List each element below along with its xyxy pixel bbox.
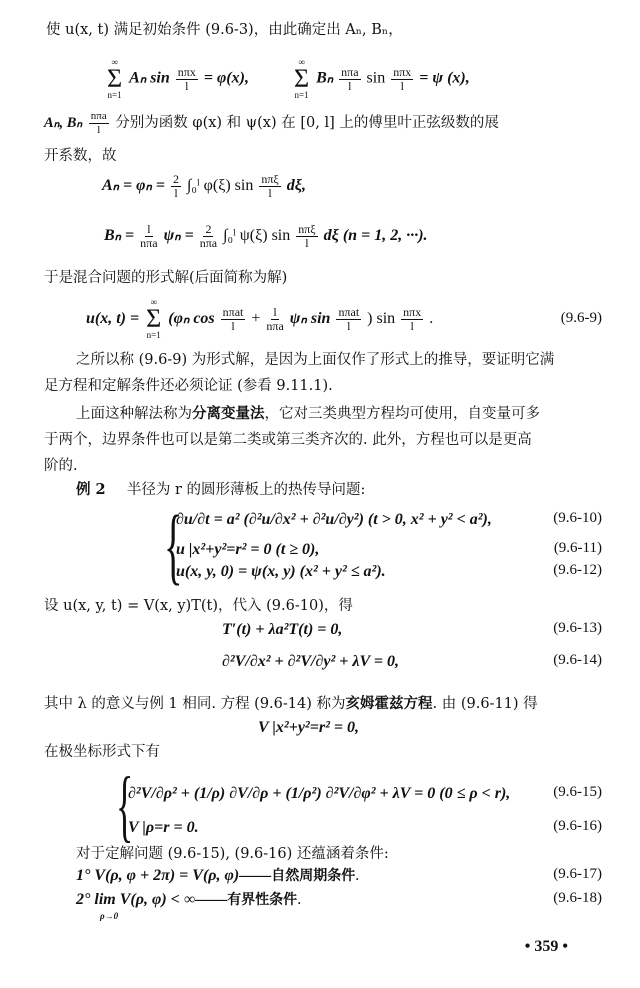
equation-number: (9.6-14) [553,652,602,669]
example-2-heading: 例 2 半径为 r 的圆形薄板上的热传导问题: [76,480,365,500]
fraction: 2nπa [200,223,217,250]
series-phi-term: Aₙ sin [129,70,170,87]
page-number: • 359 • [525,938,568,956]
paragraph-separation-method-end: 阶的. [44,456,78,476]
equation-number: (9.6-12) [553,562,602,579]
equation-T: T′(t) + λa²T(t) = 0, [222,620,342,640]
system1-eq3: u(x, y, 0) = ψ(x, y) (x² + y² ≤ a²). [176,562,386,582]
term-separation-of-variables: 分离变量法 [192,405,265,422]
series-psi-term: Bₙ [316,70,333,87]
sum-symbol: ∞ Σ n=1 [294,58,309,100]
sum-lower: n=1 [108,91,122,100]
intro-line: 使 u(x, t) 满足初始条件 (9.6-3)，由此确定出 Aₙ, Bₙ， [46,20,403,40]
implied-conditions-intro: 对于定解问题 (9.6-15), (9.6-16) 还蕴涵着条件: [76,844,389,864]
equation-number: (9.6-16) [553,818,602,835]
equation-number: (9.6-15) [553,784,602,801]
system2-eq1: ∂²V/∂ρ² + (1/ρ) ∂V/∂ρ + (1/ρ²) ∂²V/∂φ² +… [128,784,510,804]
fraction: nπξl [259,173,280,200]
system1-eq1: ∂u/∂t = a² (∂²u/∂x² + ∂²u/∂y²) (t > 0, x… [176,510,492,530]
fraction: nπatl [221,306,246,333]
equation-number: (9.6-17) [553,866,602,883]
limit-subscript: ρ→0 [100,906,118,926]
term-helmholtz-equation: 亥姆霍兹方程 [346,695,433,712]
coefficient-description-line: Aₙ, Bₙ nπal 分别为函数 φ(x) 和 ψ(x) 在 [0, l] 上… [44,108,499,138]
coefficient-description-cont: 开系数，故 [44,146,117,166]
substitution-line: 设 u(x, y, t) = V(x, y)T(t)，代入 (9.6-10)，得 [44,596,353,616]
fraction: nπxl [401,306,423,333]
sum-symbol: ∞ Σ n=1 [107,58,122,100]
coefficients-label: Aₙ, Bₙ [44,115,82,131]
paragraph-separation-method: 上面这种解法称为分离变量法，它对三类典型方程均可使用，自变量可多 [76,404,540,424]
system1-eq2: u |x²+y²=r² = 0 (t ≥ 0), [176,540,319,560]
fraction: nπξl [296,223,317,250]
term-natural-periodic-condition: 自然周期条件 [271,868,355,884]
equation-number: (9.6-13) [553,620,602,637]
fraction: lnπa [140,223,157,250]
condition-periodic: 1° V(ρ, φ + 2π) = V(ρ, φ)——自然周期条件. [76,866,359,886]
fraction: nπxl [391,66,413,93]
equation-number: (9.6-11) [554,540,602,557]
fraction: nπal [339,66,360,93]
equation-helmholtz: ∂²V/∂x² + ∂²V/∂y² + λV = 0, [222,652,399,672]
sum-symbol: ∞ Σ n=1 [146,298,161,340]
paragraph-formal-solution: 之所以称 (9.6-9) 为形式解，是因为上面仅作了形式上的推导，要证明它满 [76,350,554,370]
helmholtz-description: 其中 λ 的意义与例 1 相同. 方程 (9.6-14) 称为亥姆霍兹方程. 由… [44,694,538,714]
fraction: nπxl [176,66,198,93]
polar-form-intro: 在极坐标形式下有 [44,742,160,762]
equation-boundary-V: V |x²+y²=r² = 0, [258,718,359,738]
system2-eq2: V |ρ=r = 0. [128,818,199,838]
fraction: lnπa [266,306,283,333]
term-boundedness-condition: 有界性条件 [227,892,297,908]
equation-An: Aₙ = φₙ = 2l ∫₀ˡ φ(ξ) sin nπξl dξ, [102,168,306,204]
series-phi-rhs: = φ(x), [204,70,249,87]
fraction: 2l [171,173,181,200]
equation-Bn: Bₙ = lnπa ψₙ = 2nπa ∫₀ˡ ψ(ξ) sin nπξl dξ… [104,218,428,254]
fraction: nπal [89,110,109,137]
coefficients-description: 分别为函数 φ(x) 和 ψ(x) 在 [0, l] 上的傅里叶正弦级数的展 [115,115,499,131]
equation-number: (9.6-18) [553,890,602,907]
equation-number: (9.6-9) [561,310,602,327]
sin-label: sin [367,70,386,87]
series-psi-rhs: = ψ (x), [419,70,469,87]
paragraph-formal-solution-cont: 足方程和定解条件还必须论证 (参看 9.11.1). [44,376,333,396]
paragraph-separation-method-cont: 于两个，边界条件也可以是第二类或第三类齐次的. 此外，方程也可以是更高 [44,430,532,450]
fraction: nπatl [336,306,361,333]
equation-number: (9.6-10) [553,510,602,527]
example-text: 半径为 r 的圆形薄板上的热传导问题: [127,482,366,498]
example-label: 例 2 [76,481,106,498]
initial-series-equations: ∞ Σ n=1 Aₙ sin nπxl = φ(x), ∞ Σ n=1 Bₙ n… [104,58,470,100]
equation-formal-solution: u(x, t) = ∞ Σ n=1 (φₙ cos nπatl + lnπa ψ… [86,296,433,342]
formal-solution-intro: 于是混合问题的形式解(后面简称为解) [44,268,287,288]
